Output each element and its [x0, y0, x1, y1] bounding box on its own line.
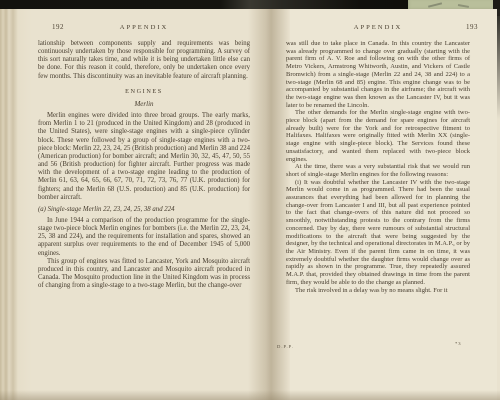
left-page-text-block: lationship between components supply and… — [38, 40, 250, 290]
right-running-header: APPENDIX — [286, 24, 470, 31]
paragraph: was still due to take place in Canada. I… — [286, 40, 470, 109]
book-scan: 192 APPENDIX lationship between componen… — [0, 0, 500, 400]
subsection-heading-merlin: Merlin — [38, 100, 250, 108]
left-running-header: APPENDIX — [38, 24, 250, 31]
right-page-number: 193 — [466, 23, 478, 31]
paragraph: (i) It was doubtful whether the Lancaste… — [286, 179, 470, 287]
printer-signature-left: D.P.P. — [277, 344, 294, 349]
paragraph: At the time, there was a very substantia… — [286, 163, 470, 178]
book-fore-edge — [0, 9, 34, 400]
paragraph: Merlin engines were divided into three b… — [38, 112, 250, 202]
printer-signature-right: *3 — [455, 341, 462, 346]
paragraph: The risk involved in a delay was by no m… — [286, 287, 470, 295]
section-heading-engines: ENGINES — [38, 88, 250, 96]
list-heading-single-stage: (a) Single-stage Merlin 22, 23, 24, 25, … — [38, 206, 250, 214]
right-page-text-block: was still due to take place in Canada. I… — [286, 40, 470, 294]
paragraph: This group of engines was fitted to Lanc… — [38, 258, 250, 291]
paragraph: The other demands for the Merlin single-… — [286, 109, 470, 163]
paragraph: In June 1944 a comparison of the product… — [38, 217, 250, 258]
bottom-page-shadow — [0, 390, 500, 400]
paragraph: lationship between components supply and… — [38, 40, 250, 81]
book-gutter-shadow — [248, 9, 290, 400]
